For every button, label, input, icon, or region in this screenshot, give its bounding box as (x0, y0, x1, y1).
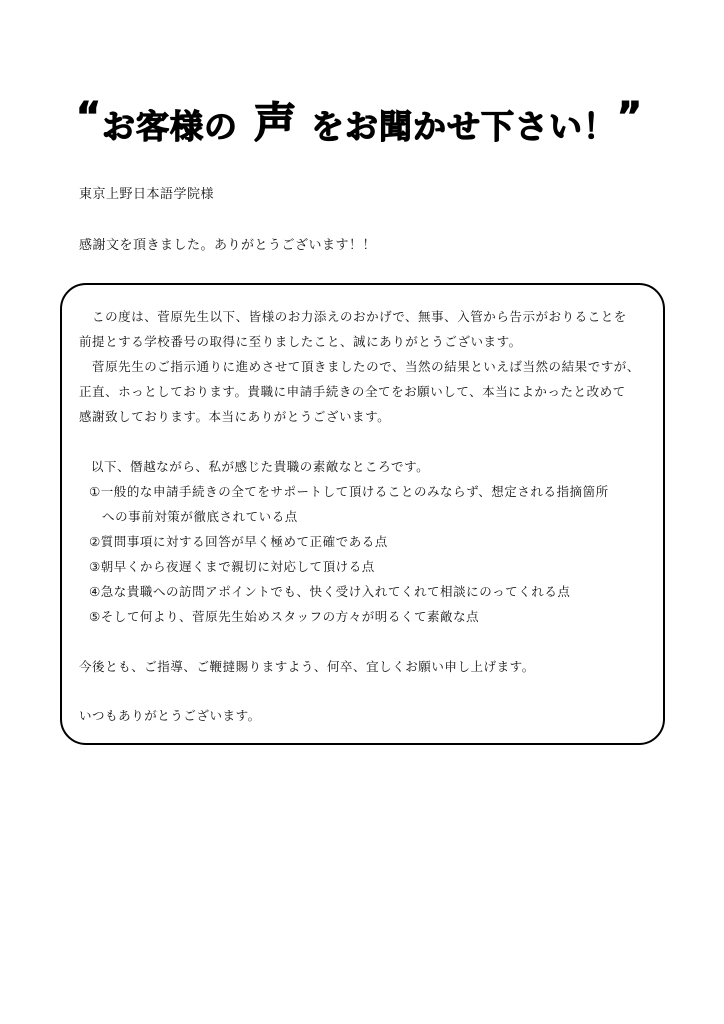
signoff-text: いつもありがとうございます。 (79, 706, 261, 724)
point-item: ②質問事項に対する回答が早く極めて正確である点 (89, 532, 388, 550)
letter-line: 感謝致しております。本当にありがとうございます。 (79, 407, 390, 425)
point-item: ①一般的な申請手続きの全てをサポートして頂けることのみならず、想定される指摘箇所 (89, 482, 609, 500)
point-item: への事前対策が徹底されている点 (89, 507, 298, 525)
recipient: 東京上野日本語学院様 (79, 183, 214, 202)
intro-text: 感謝文を頂きました。ありがとうございます！！ (79, 234, 376, 253)
point-item: ③朝早くから夜遅くまで親切に対応して頂ける点 (89, 557, 375, 575)
letter-line: 前提とする学校番号の取得に至りましたこと、誠にありがとうございます。 (79, 332, 522, 350)
title-emphasis: 声 (254, 90, 297, 150)
page-title: “ お客様の 声 をお聞かせ下さい！ ” (76, 96, 656, 152)
point-item: ⑤そして何より、菅原先生始めスタッフの方々が明るくて素敵な点 (89, 607, 479, 625)
title-before: お客様の (102, 101, 238, 148)
letter-line: この度は、菅原先生以下、皆様のお力添えのおかげで、無事、入管から告示がおりること… (79, 307, 627, 325)
letter-line: 正直、ホっとしております。貴職に申請手続きの全てをお願いして、本当によかったと改… (79, 382, 626, 400)
closing-text: 今後とも、ご指導、ご鞭撻賜りますよう、何卒、宜しくお願い申し上げます。 (79, 657, 535, 675)
close-quote: ” (617, 94, 643, 138)
points-intro: 以下、僭越ながら、私が感じた貴職の素敵なところです。 (91, 457, 429, 475)
title-after: をお聞かせ下さい！ (311, 101, 617, 148)
letter-line: 菅原先生のご指示通りに進めさせて頂きましたので、当然の結果といえば当然の結果です… (79, 357, 640, 375)
point-item: ④急な貴職への訪問アポイントでも、快く受け入れてくれて相談にのってくれる点 (89, 582, 570, 600)
open-quote: “ (76, 94, 102, 138)
